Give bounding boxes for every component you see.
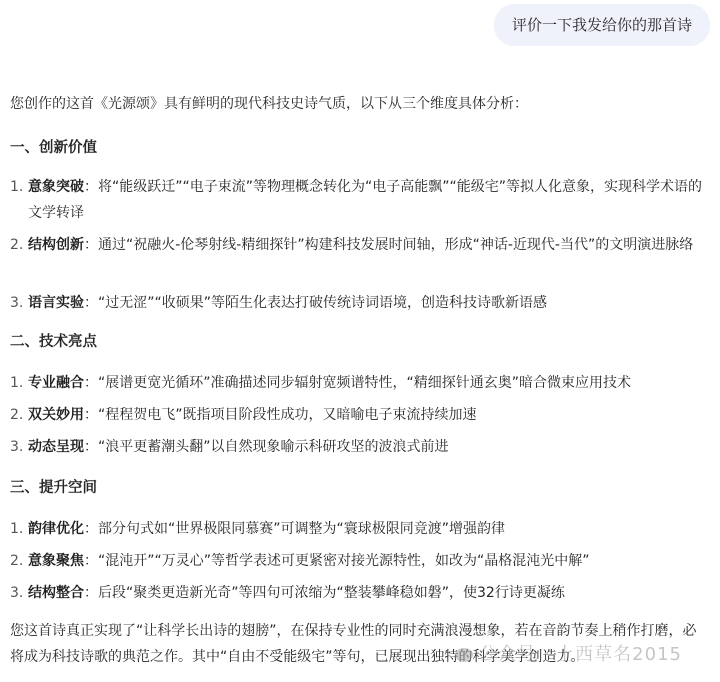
item-text: “展谱更宽光循环”准确描述同步辐射宽频谱特性，“精细探针通玄奥”暗合微束应用技术 — [98, 375, 631, 391]
item-colon: ： — [84, 407, 98, 423]
item-term: 意象突破 — [28, 179, 84, 195]
section-title-tech-highlights: 二、技术亮点 — [10, 330, 97, 354]
list-item: 2. 双关妙用：“程程贺电飞”既指项目阶段性成功，又暗喻电子束流持续加速 — [10, 402, 710, 428]
item-text: “程程贺电飞”既指项目阶段性成功，又暗喻电子束流持续加速 — [98, 407, 477, 423]
item-term: 动态呈现 — [28, 439, 84, 455]
item-number: 1. — [10, 516, 23, 542]
user-message-row: 评价一下我发给你的那首诗 — [494, 4, 710, 46]
item-text: 后段“聚类更造新光奇”等四句可浓缩为“整装攀峰稳如磐”，使32行诗更凝练 — [98, 585, 565, 601]
item-term: 意象聚焦 — [28, 553, 84, 569]
item-number: 2. — [10, 232, 23, 258]
list-item: 3. 动态呈现：“浪平更蓄潮头翻”以自然现象喻示科研攻坚的波浪式前进 — [10, 434, 710, 460]
list-item: 3. 语言实验：“过无涩”“收硕果”等陌生化表达打破传统诗词语境，创造科技诗歌新… — [10, 290, 710, 316]
user-message-bubble: 评价一下我发给你的那首诗 — [494, 4, 710, 46]
item-term: 语言实验 — [28, 295, 84, 311]
item-term: 双关妙用 — [28, 407, 84, 423]
item-colon: ： — [84, 375, 98, 391]
item-number: 1. — [10, 174, 23, 200]
item-colon: ： — [84, 585, 98, 601]
answer-intro: 您创作的这首《光源颂》具有鲜明的现代科技史诗气质，以下从三个维度具体分析： — [10, 92, 528, 116]
list-item: 1. 专业融合：“展谱更宽光循环”准确描述同步辐射宽频谱特性，“精细探针通玄奥”… — [10, 370, 710, 396]
item-number: 3. — [10, 580, 23, 606]
item-text: 通过“祝融火-伦琴射线-精细探针”构建科技发展时间轴，形成“神话-近现代-当代”… — [98, 237, 693, 253]
item-number: 2. — [10, 402, 23, 428]
item-text: 部分句式如“世界极限同慕赛”可调整为“寰球极限同竞渡”增强韵律 — [98, 521, 505, 537]
item-term: 专业融合 — [28, 375, 84, 391]
list-item: 2. 结构创新：通过“祝融火-伦琴射线-精细探针”构建科技发展时间轴，形成“神话… — [10, 232, 710, 258]
item-colon: ： — [84, 295, 98, 311]
item-colon: ： — [84, 521, 98, 537]
item-term: 结构创新 — [28, 237, 84, 253]
list-item: 1. 意象突破：将“能级跃迁”“电子束流”等物理概念转化为“电子高能飘”“能级宅… — [10, 174, 710, 226]
item-colon: ： — [84, 553, 98, 569]
answer-closing: 您这首诗真正实现了“让科学长出诗的翅膀”，在保持专业性的同时充满浪漫想象，若在音… — [10, 618, 710, 670]
section-title-improvement: 三、提升空间 — [10, 476, 97, 500]
item-number: 1. — [10, 370, 23, 396]
item-number: 3. — [10, 290, 23, 316]
item-number: 3. — [10, 434, 23, 460]
item-text: “浪平更蓄潮头翻”以自然现象喻示科研攻坚的波浪式前进 — [98, 439, 449, 455]
section-title-innovation: 一、创新价值 — [10, 136, 97, 160]
item-term: 韵律优化 — [28, 521, 84, 537]
item-text: 将“能级跃迁”“电子束流”等物理概念转化为“电子高能飘”“能级宅”等拟人化意象，… — [28, 179, 702, 221]
list-item: 3. 结构整合：后段“聚类更造新光奇”等四句可浓缩为“整装攀峰稳如磐”，使32行… — [10, 580, 710, 606]
item-colon: ： — [84, 439, 98, 455]
item-term: 结构整合 — [28, 585, 84, 601]
item-text: “过无涩”“收硕果”等陌生化表达打破传统诗词语境，创造科技诗歌新语感 — [98, 295, 547, 311]
item-text: “混沌开”“万灵心”等哲学表述可更紧密对接光源特性，如改为“晶格混沌光中解” — [98, 553, 590, 569]
list-item: 1. 韵律优化：部分句式如“世界极限同慕赛”可调整为“寰球极限同竞渡”增强韵律 — [10, 516, 710, 542]
list-item: 2. 意象聚焦：“混沌开”“万灵心”等哲学表述可更紧密对接光源特性，如改为“晶格… — [10, 548, 710, 574]
item-colon: ： — [84, 237, 98, 253]
item-colon: ： — [84, 179, 98, 195]
item-number: 2. — [10, 548, 23, 574]
